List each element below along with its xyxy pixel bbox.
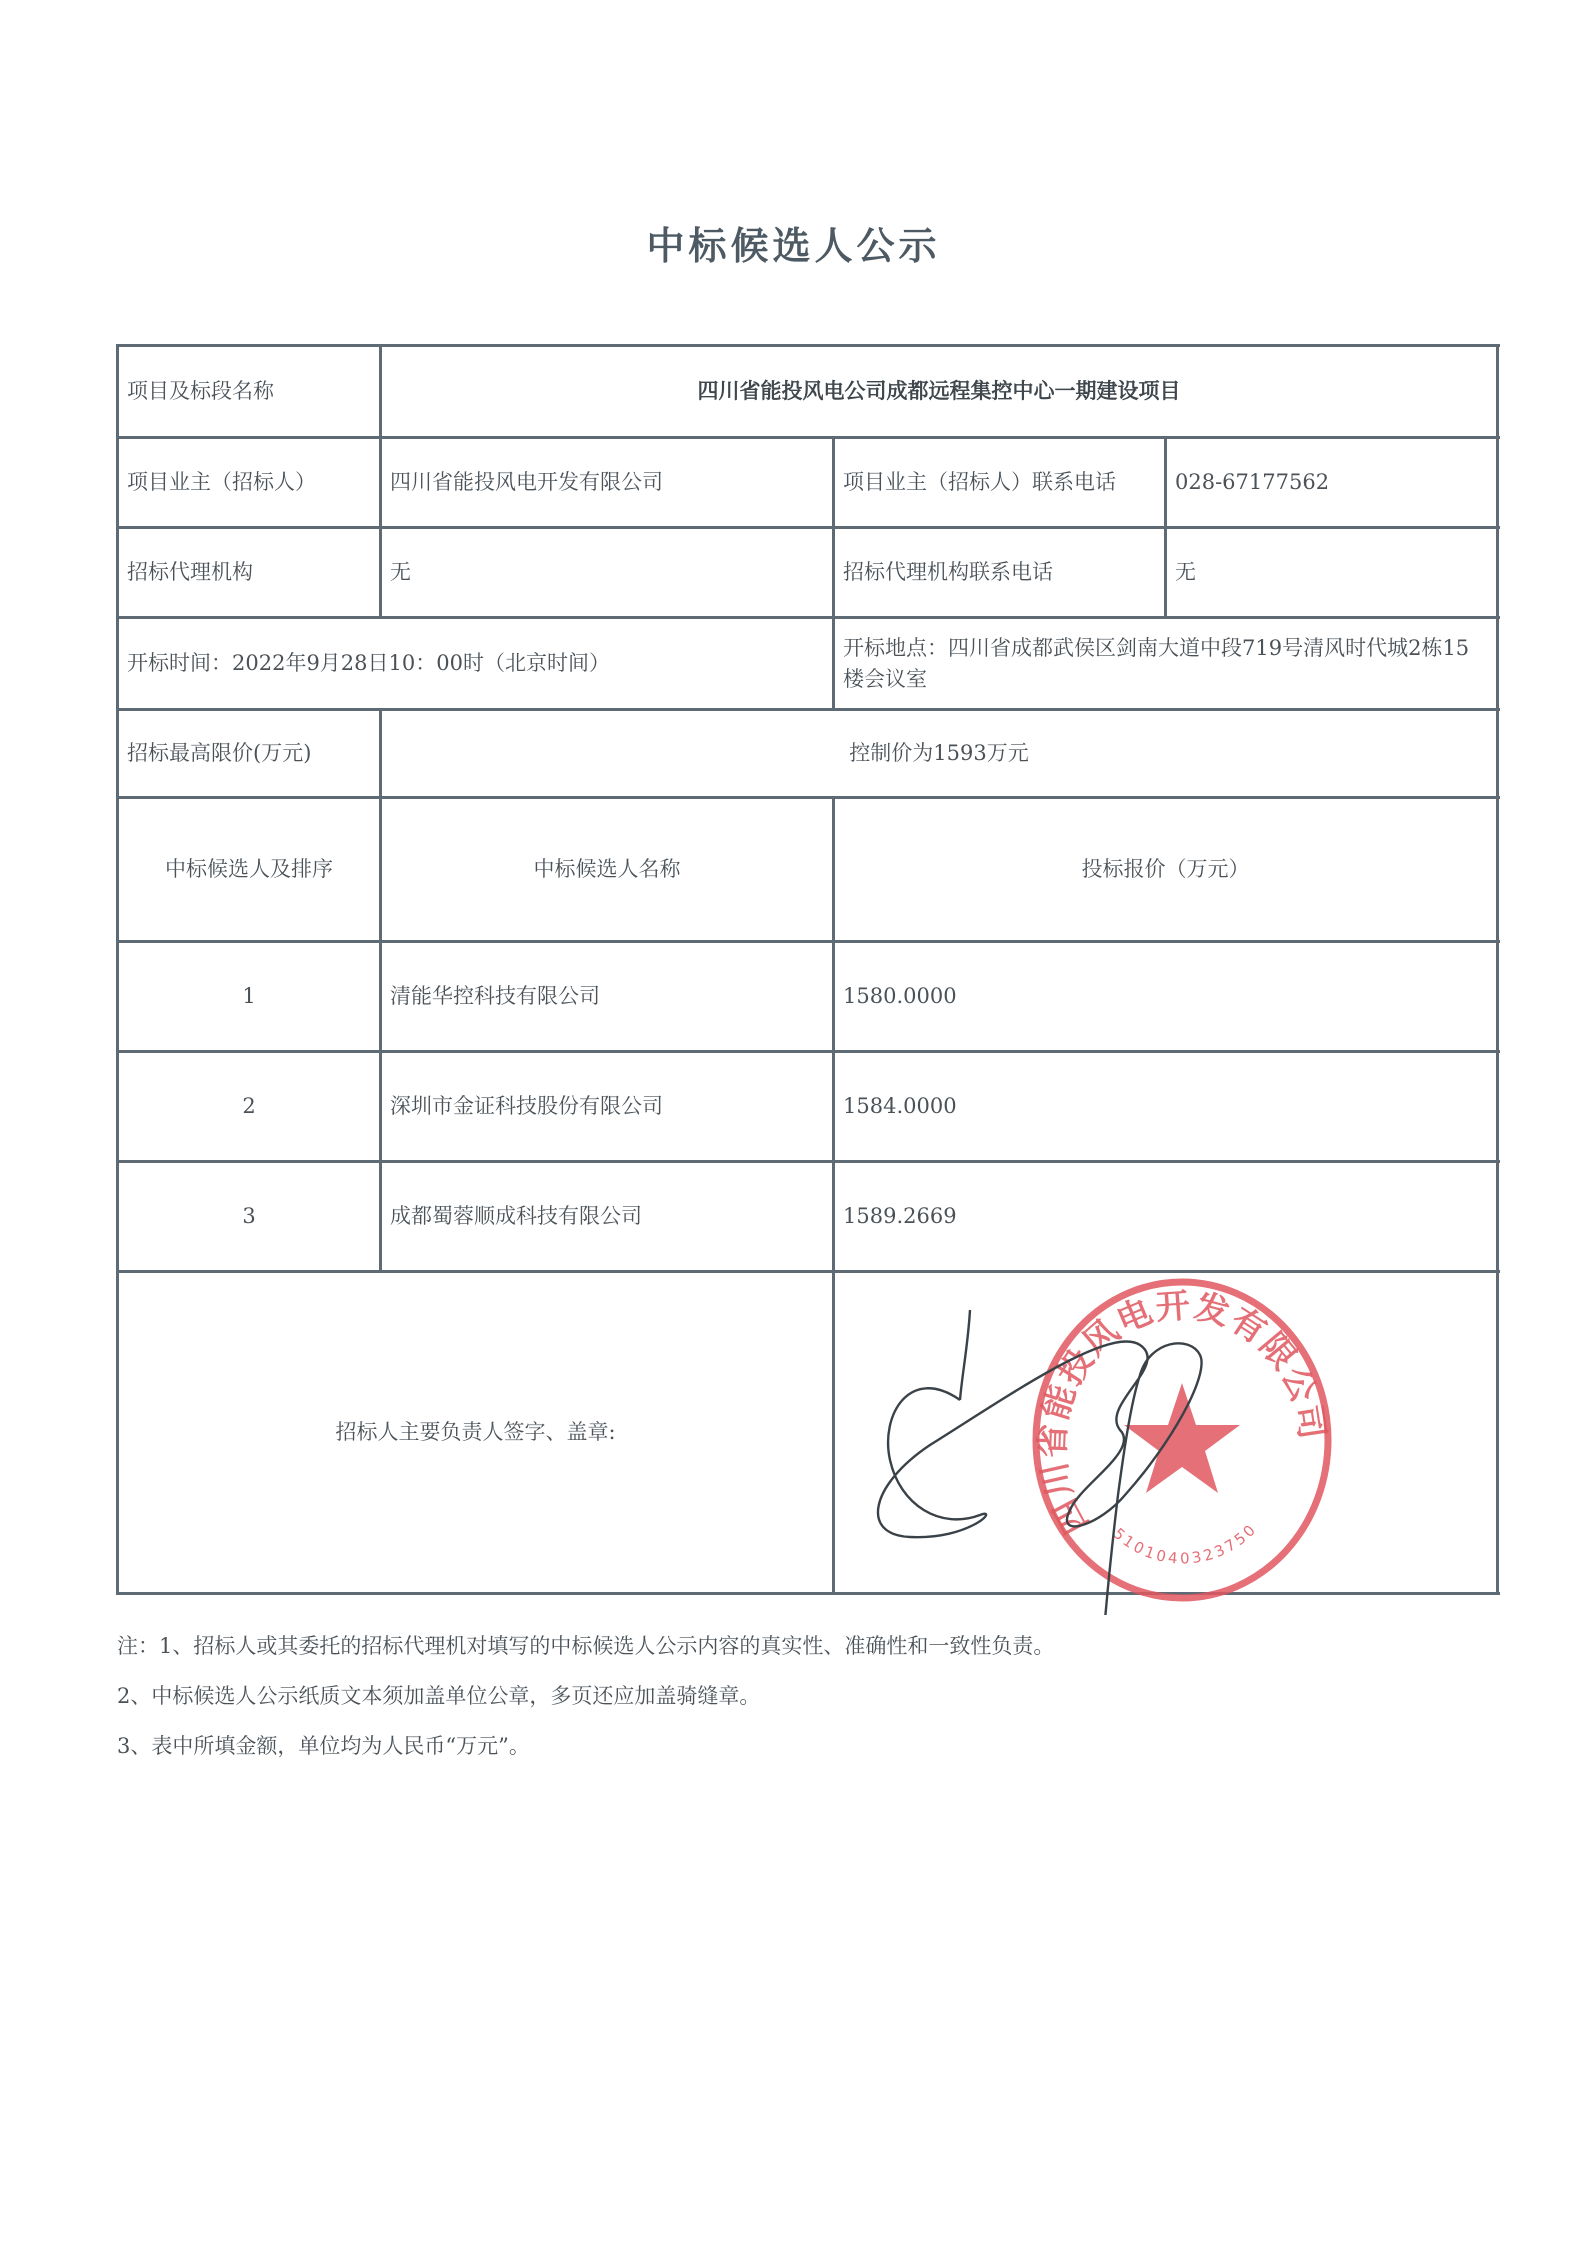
table-border-right — [1496, 344, 1499, 1595]
candidate-price: 1584.0000 — [835, 1053, 1496, 1160]
owner-value: 四川省能投风电开发有限公司 — [382, 439, 832, 526]
agency-phone-value: 无 — [1167, 529, 1496, 616]
agency-label: 招标代理机构 — [119, 529, 379, 616]
candidate-rank: 1 — [119, 943, 379, 1050]
candidate-name: 成都蜀蓉顺成科技有限公司 — [382, 1163, 832, 1270]
project-name-value: 四川省能投风电公司成都远程集控中心一期建设项目 — [382, 347, 1496, 436]
owner-phone-value: 028-67177562 — [1167, 439, 1496, 526]
max-price-value: 控制价为1593万元 — [382, 711, 1496, 796]
max-price-label: 招标最高限价(万元) — [119, 711, 379, 796]
agency-phone-label: 招标代理机构联系电话 — [835, 529, 1164, 616]
header-price: 投标报价（万元） — [835, 799, 1496, 940]
owner-phone-label: 项目业主（招标人）联系电话 — [835, 439, 1164, 526]
candidate-rank: 2 — [119, 1053, 379, 1160]
note-3: 3、表中所填金额，单位均为人民币“万元”。 — [117, 1730, 530, 1760]
note-1: 注：1、招标人或其委托的招标代理机对填写的中标候选人公示内容的真实性、准确性和一… — [117, 1630, 1054, 1660]
page-title: 中标候选人公示 — [0, 215, 1587, 270]
signature-label: 招标人主要负责人签字、盖章: — [119, 1273, 832, 1592]
bid-open-time: 开标时间：2022年9月28日10：00时（北京时间） — [119, 619, 832, 708]
candidate-rank: 3 — [119, 1163, 379, 1270]
handwritten-signature — [850, 1285, 1270, 1615]
candidate-price: 1589.2669 — [835, 1163, 1496, 1270]
candidate-name: 深圳市金证科技股份有限公司 — [382, 1053, 832, 1160]
agency-value: 无 — [382, 529, 832, 616]
bid-open-place: 开标地点：四川省成都武侯区剑南大道中段719号清风时代城2栋15楼会议室 — [835, 619, 1496, 708]
candidate-name: 清能华控科技有限公司 — [382, 943, 832, 1050]
header-name: 中标候选人名称 — [382, 799, 832, 940]
project-name-label: 项目及标段名称 — [119, 347, 379, 436]
owner-label: 项目业主（招标人） — [119, 439, 379, 526]
header-rank: 中标候选人及排序 — [119, 799, 379, 940]
note-2: 2、中标候选人公示纸质文本须加盖单位公章，多页还应加盖骑缝章。 — [117, 1680, 760, 1710]
candidate-price: 1580.0000 — [835, 943, 1496, 1050]
